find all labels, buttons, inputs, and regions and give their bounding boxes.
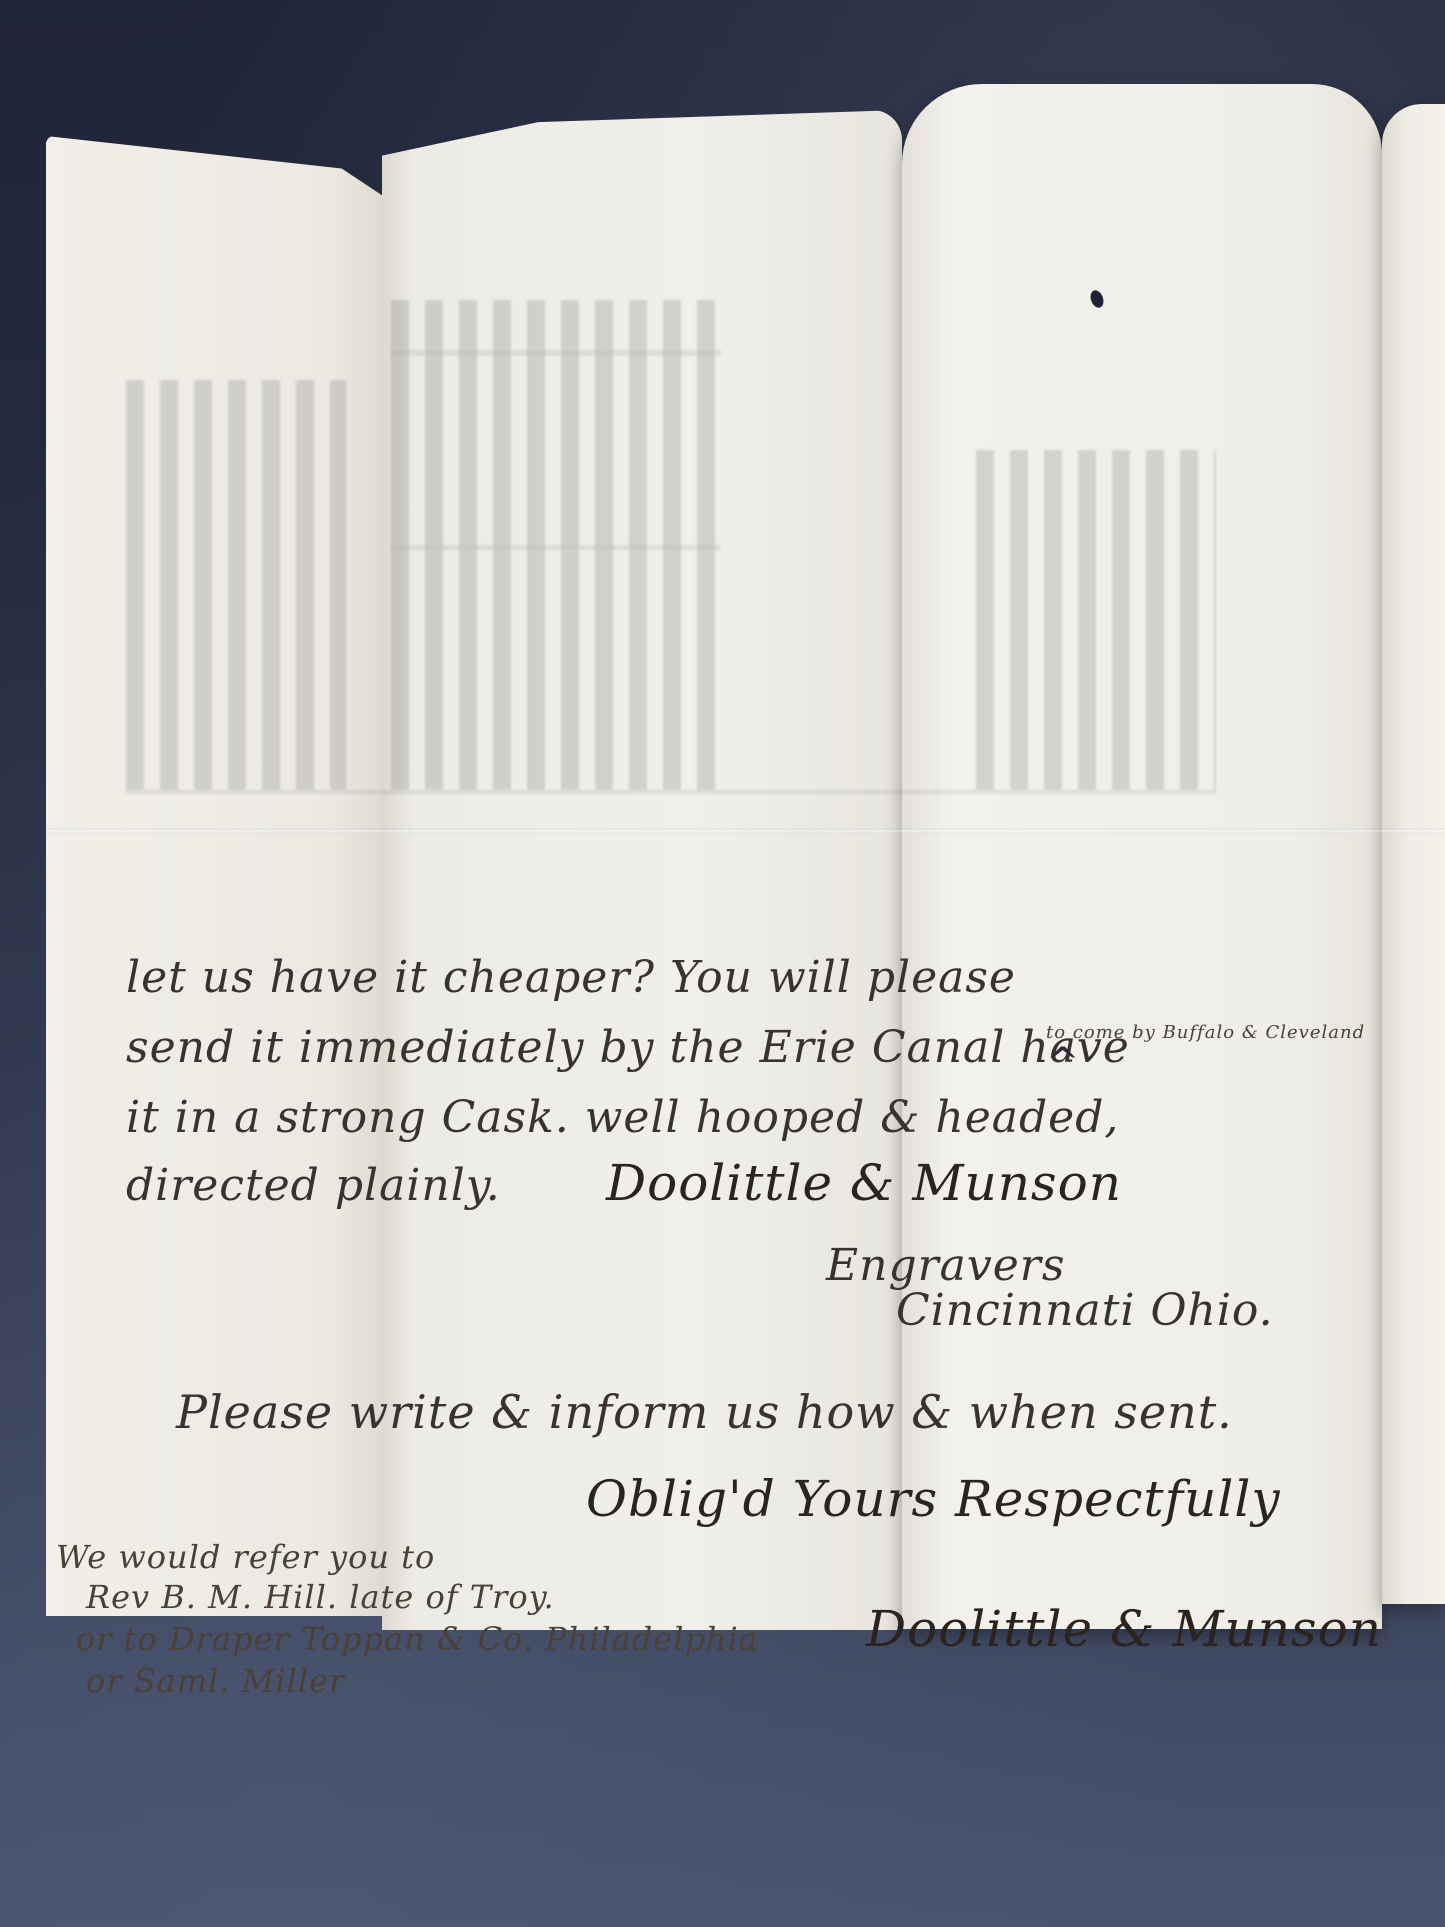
engraving-ground-line — [126, 790, 1216, 794]
signature: Doolittle & Munson — [866, 1600, 1382, 1658]
letter-panel-right-edge — [1382, 104, 1445, 1604]
letter-line-2: send it immediately by the Erie Canal ha… — [126, 1022, 1130, 1073]
engraving-bleedthrough — [106, 260, 1256, 810]
firm-location: Cincinnati Ohio. — [896, 1285, 1274, 1336]
firm-name: Doolittle & Munson — [606, 1154, 1122, 1212]
letter-line-4: directed plainly. — [126, 1160, 501, 1211]
engraving-building-right — [976, 450, 1216, 790]
postscript: Please write & inform us how & when sent… — [176, 1385, 1233, 1439]
letter-line-1: let us have it cheaper? You will please — [126, 952, 1016, 1003]
engraving-floor-line — [391, 545, 721, 550]
horizontal-fold-line — [46, 828, 1445, 834]
side-note-line-2: Rev B. M. Hill. late of Troy. — [86, 1578, 555, 1616]
complimentary-close: Oblig'd Yours Respectfully — [586, 1470, 1281, 1528]
side-note-line-1: We would refer you to — [56, 1538, 435, 1576]
letter-line-3: it in a strong Cask. well hooped & heade… — [126, 1092, 1119, 1143]
letter-sheet: let us have it cheaper? You will please … — [46, 110, 1445, 1600]
engraving-cornice — [391, 350, 721, 356]
insertion-caret-icon: ^ — [1046, 1040, 1080, 1086]
side-note-line-3: or to Draper Toppan & Co. Philadelphia — [76, 1620, 759, 1658]
side-note-line-4: or Saml. Miller — [86, 1662, 345, 1700]
firm-title: Engravers — [826, 1240, 1065, 1291]
engraving-building-left — [126, 380, 346, 790]
